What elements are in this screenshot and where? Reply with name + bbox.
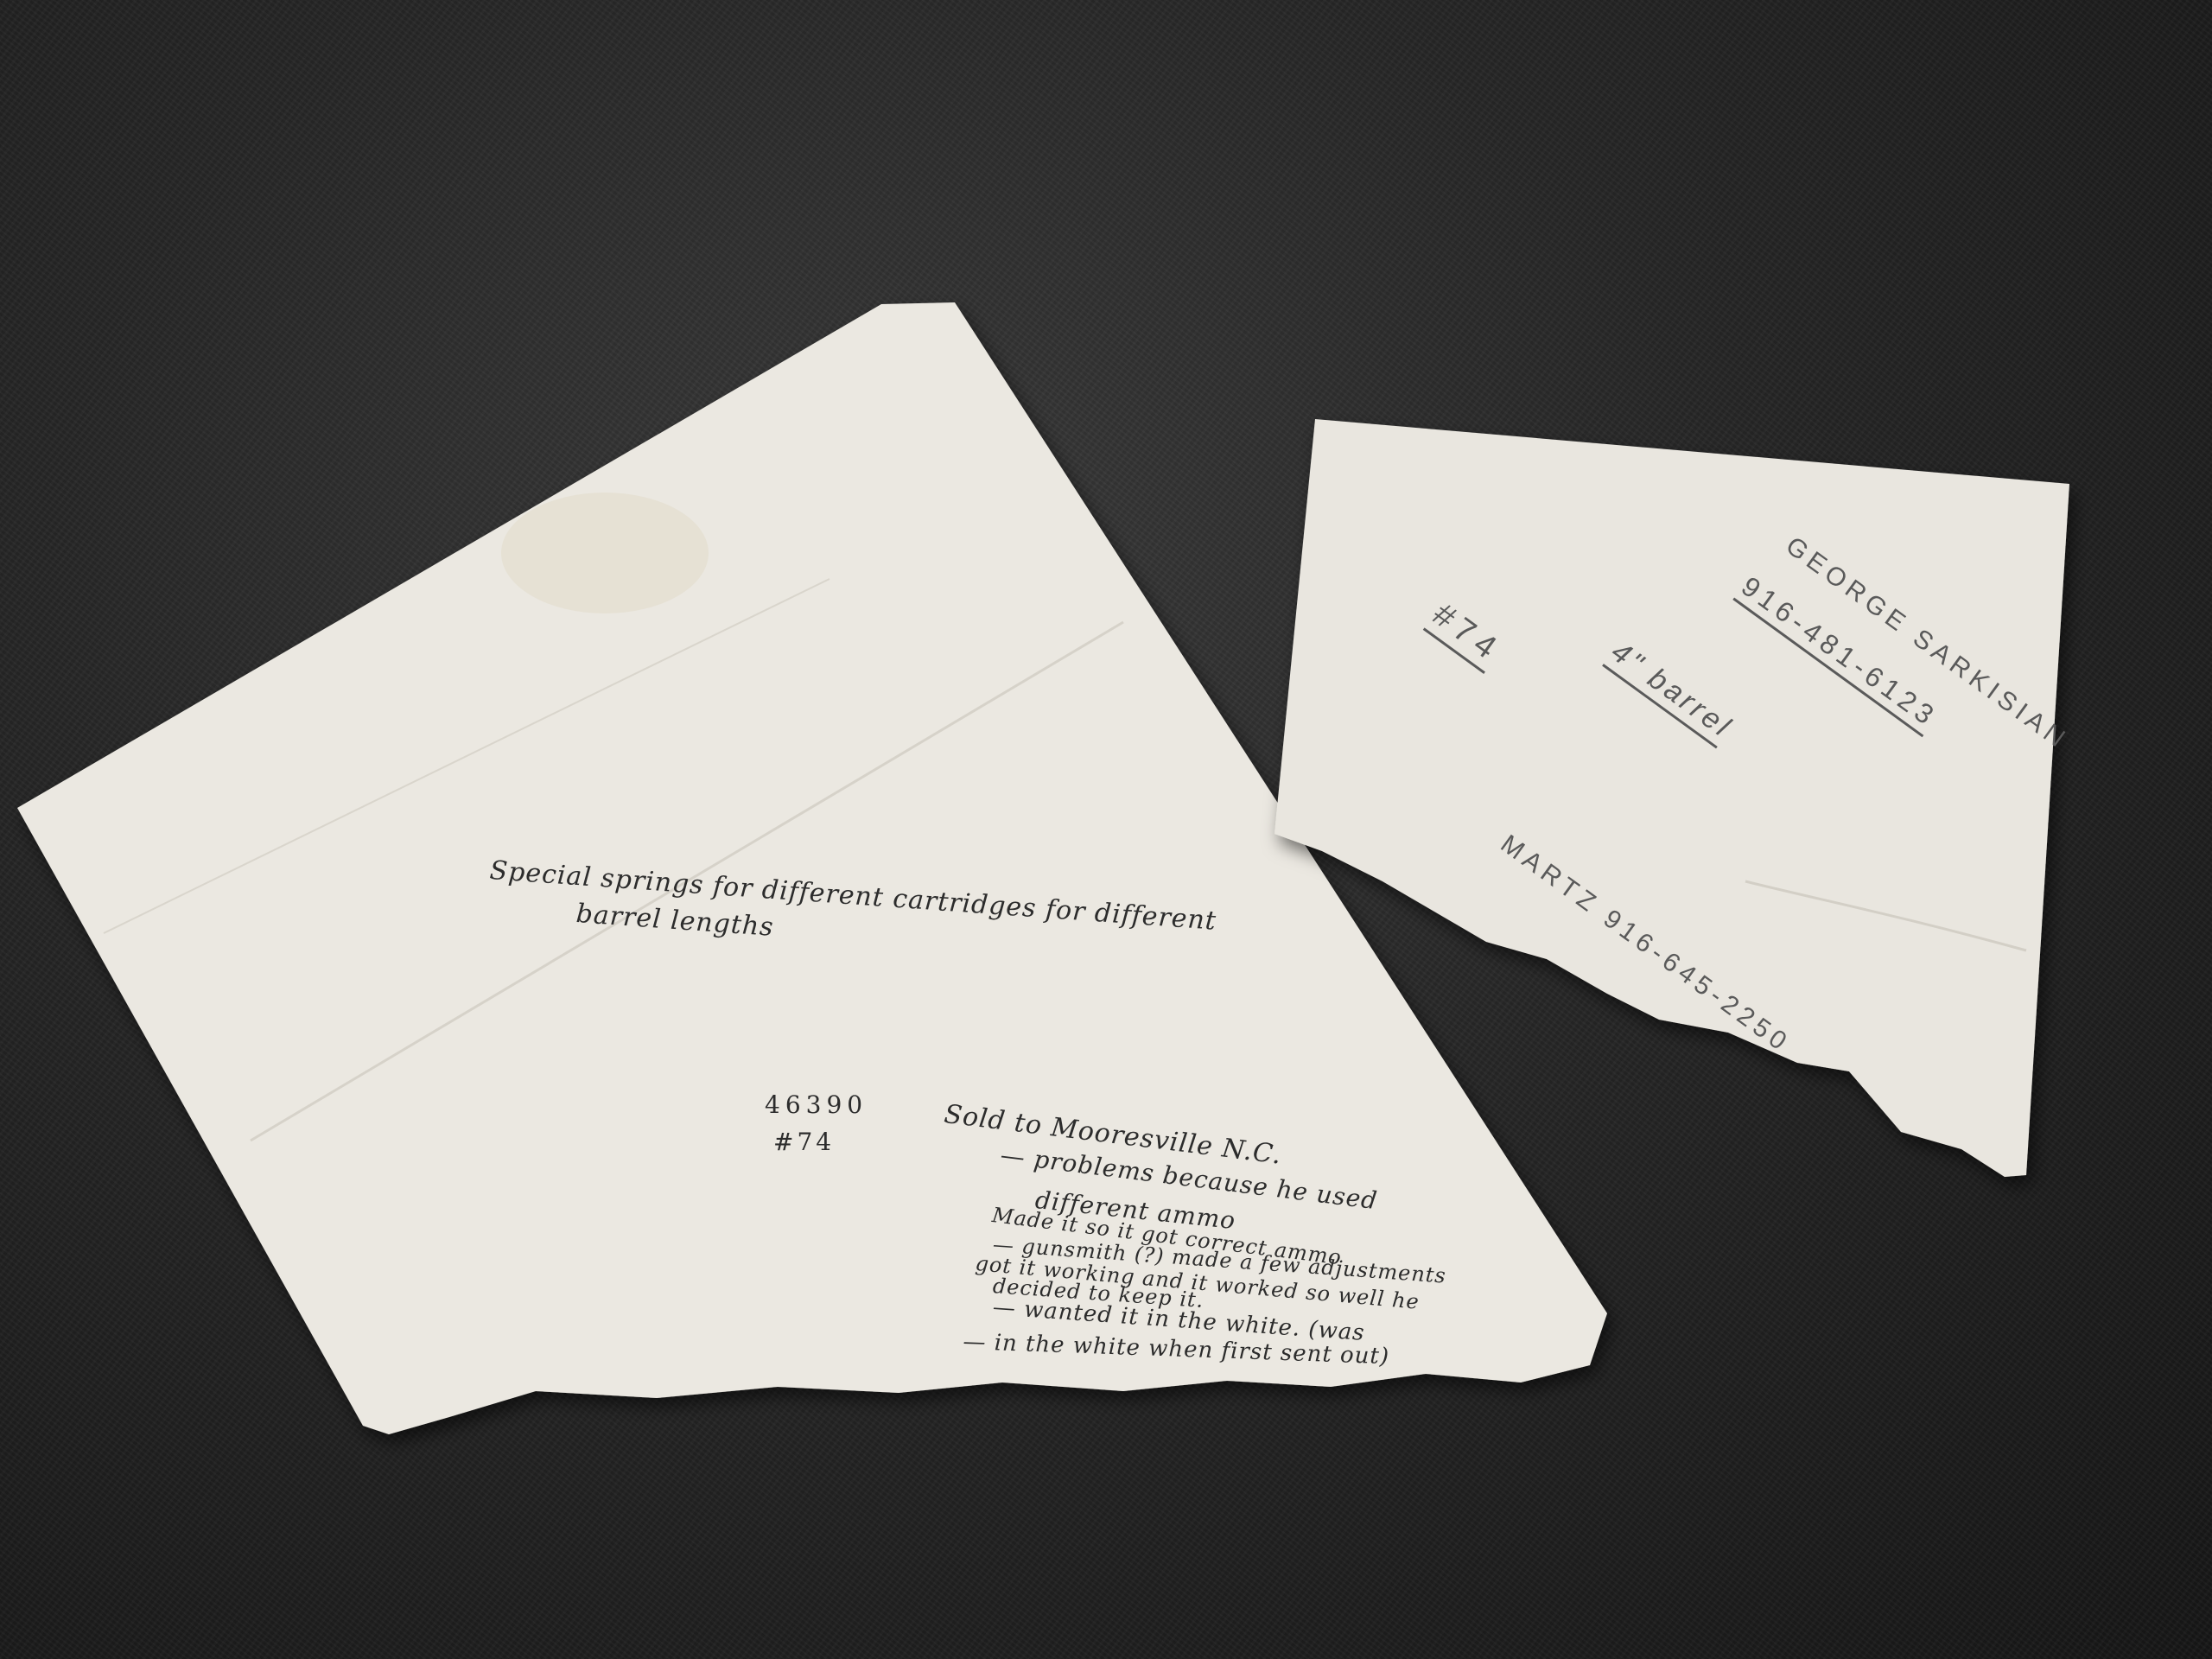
item-number: #74 [773,1128,835,1156]
serial-number: 46390 [765,1090,868,1119]
paper-shapes [0,0,2212,1659]
stain [501,493,709,613]
